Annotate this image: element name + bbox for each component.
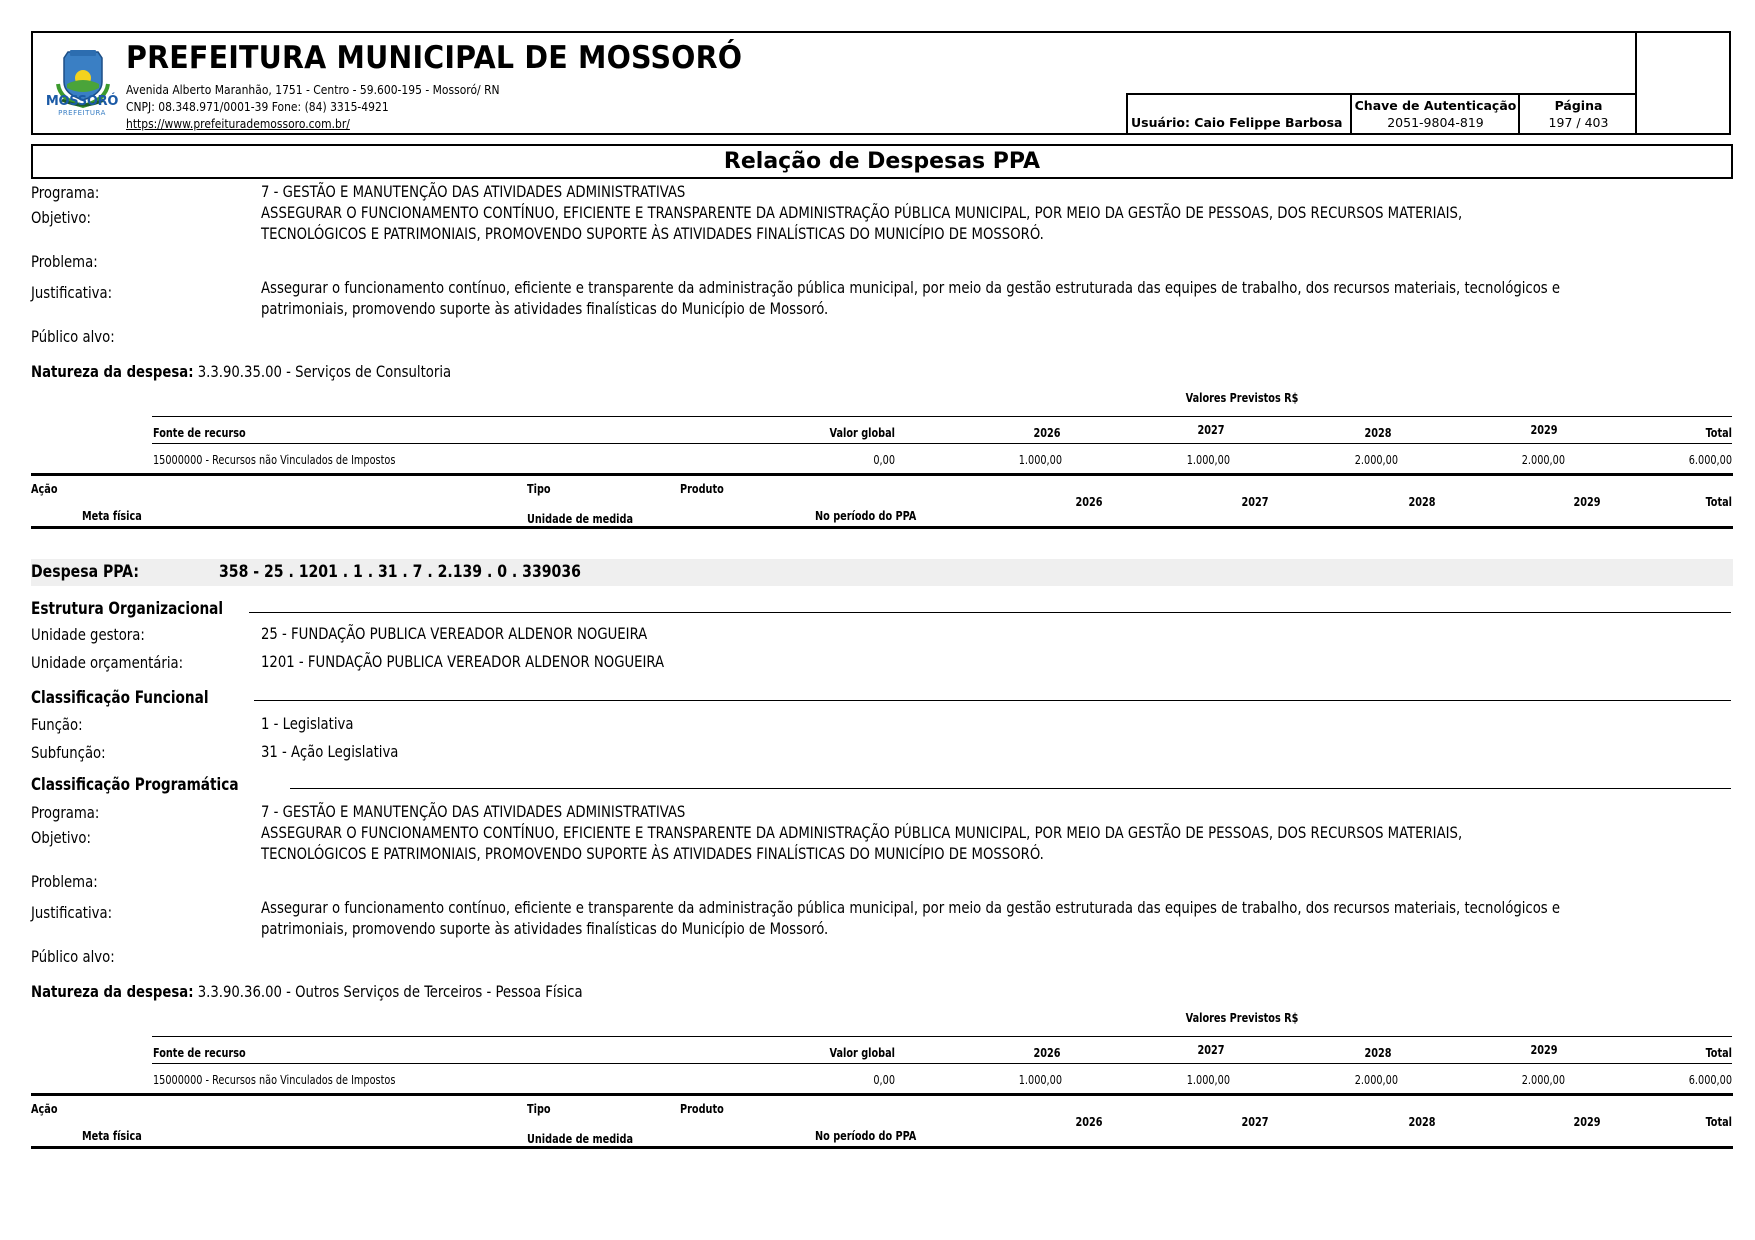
- org-name: PREFEITURA MUNICIPAL DE MOSSORÓ: [126, 40, 742, 76]
- col-fonte-recurso: Fonte de recurso: [153, 426, 246, 440]
- col-2026: 2026: [1002, 426, 1092, 440]
- subfuncao-value: 31 - Ação Legislativa: [261, 742, 1623, 762]
- funcao-value: 1 - Legislativa: [261, 714, 1623, 734]
- col-2028: 2028: [1333, 426, 1423, 440]
- justificativa-value-line2: patrimoniais, promovendo suporte às ativ…: [261, 919, 1623, 939]
- col-acao: Ação: [31, 1102, 58, 1116]
- logo-text: MOSSORÓ: [36, 94, 128, 109]
- section-estrutura-organizacional: Estrutura Organizacional: [31, 599, 223, 618]
- programa-label: Programa:: [31, 803, 99, 822]
- justificativa-value-line1: Assegurar o funcionamento contínuo, efic…: [261, 898, 1623, 918]
- meta-col-2027: 2027: [1210, 495, 1300, 509]
- col-total: Total: [1552, 1046, 1732, 1060]
- section-rule: [254, 700, 1731, 701]
- col-tipo: Tipo: [527, 482, 551, 496]
- valor-global: 0,00: [715, 453, 895, 467]
- section-classificacao-funcional: Classificação Funcional: [31, 688, 209, 707]
- value-2027: 1.000,00: [1050, 1073, 1230, 1087]
- col-meta-fisica: Meta física: [82, 509, 142, 523]
- problema-label: Problema:: [31, 252, 98, 271]
- valor-global: 0,00: [715, 1073, 895, 1087]
- objetivo-value-line1: ASSEGURAR O FUNCIONAMENTO CONTÍNUO, EFIC…: [261, 823, 1623, 843]
- table-rule: [152, 416, 1732, 417]
- page-cell: Página 197 / 403: [1518, 93, 1637, 135]
- table-rule: [31, 1093, 1733, 1096]
- natureza-value: 3.3.90.35.00 - Serviços de Consultoria: [198, 362, 451, 381]
- col-acao: Ação: [31, 482, 58, 496]
- programa-label: Programa:: [31, 183, 99, 202]
- meta-col-2026: 2026: [1044, 495, 1134, 509]
- natureza-despesa: Natureza da despesa: 3.3.90.36.00 - Outr…: [31, 982, 583, 1001]
- unidade-gestora-value: 25 - FUNDAÇÃO PUBLICA VEREADOR ALDENOR N…: [261, 624, 1623, 644]
- natureza-value: 3.3.90.36.00 - Outros Serviços de Tercei…: [198, 982, 583, 1001]
- despesa-ppa-value: 358 - 25 . 1201 . 1 . 31 . 7 . 2.139 . 0…: [219, 562, 581, 582]
- col-2027: 2027: [1166, 1043, 1256, 1057]
- col-2028: 2028: [1333, 1046, 1423, 1060]
- justificativa-label: Justificativa:: [31, 903, 112, 922]
- org-website-link[interactable]: https://www.prefeiturademossoro.com.br/: [126, 116, 350, 131]
- unidade-orcamentaria-value: 1201 - FUNDAÇÃO PUBLICA VEREADOR ALDENOR…: [261, 652, 1623, 672]
- table-rule: [152, 1063, 1732, 1064]
- publico-alvo-label: Público alvo:: [31, 327, 115, 346]
- col-produto: Produto: [680, 1102, 724, 1116]
- unidade-gestora-label: Unidade gestora:: [31, 625, 145, 644]
- objetivo-label: Objetivo:: [31, 208, 91, 227]
- meta-col-2026: 2026: [1044, 1115, 1134, 1129]
- publico-alvo-label: Público alvo:: [31, 947, 115, 966]
- subfuncao-label: Subfunção:: [31, 743, 106, 762]
- section-rule: [249, 612, 1731, 613]
- page-label: Página: [1520, 95, 1637, 113]
- user-cell: Usuário: Caio Felippe Barbosa: [1126, 93, 1351, 135]
- despesa-ppa-label: Despesa PPA:: [31, 562, 139, 582]
- col-valor-global: Valor global: [715, 1046, 895, 1060]
- value-2027: 1.000,00: [1050, 453, 1230, 467]
- user-label: Usuário: Caio Felippe Barbosa: [1131, 115, 1343, 130]
- objetivo-value-line2: TECNOLÓGICOS E PATRIMONIAIS, PROMOVENDO …: [261, 844, 1623, 864]
- meta-col-total: Total: [1552, 1115, 1732, 1129]
- valores-previstos-label: Valores Previstos R$: [1152, 1011, 1332, 1025]
- header-divider: [1635, 31, 1637, 135]
- report-title: Relação de Despesas PPA: [31, 144, 1733, 179]
- unidade-orcamentaria-label: Unidade orçamentária:: [31, 653, 183, 672]
- auth-key-label: Chave de Autenticação: [1352, 95, 1519, 113]
- table-rule: [31, 526, 1733, 529]
- objetivo-label: Objetivo:: [31, 828, 91, 847]
- logo-subtext: PREFEITURA: [36, 109, 128, 117]
- fonte-name: 15000000 - Recursos não Vinculados de Im…: [153, 453, 395, 467]
- col-no-periodo: No período do PPA: [815, 1129, 916, 1143]
- org-cnpj-phone: CNPJ: 08.348.971/0001-39 Fone: (84) 3315…: [126, 99, 389, 114]
- meta-col-2028: 2028: [1377, 495, 1467, 509]
- section-rule: [290, 788, 1731, 789]
- justificativa-label: Justificativa:: [31, 283, 112, 302]
- programa-value: 7 - GESTÃO E MANUTENÇÃO DAS ATIVIDADES A…: [261, 182, 1623, 202]
- funcao-label: Função:: [31, 715, 83, 734]
- programa-value: 7 - GESTÃO E MANUTENÇÃO DAS ATIVIDADES A…: [261, 802, 1623, 822]
- col-no-periodo: No período do PPA: [815, 509, 916, 523]
- value-total: 6.000,00: [1552, 453, 1732, 467]
- natureza-despesa: Natureza da despesa: 3.3.90.35.00 - Serv…: [31, 362, 451, 381]
- table-rule: [152, 443, 1732, 444]
- table-rule: [152, 1036, 1732, 1037]
- table-rule: [31, 1146, 1733, 1149]
- col-total: Total: [1552, 426, 1732, 440]
- natureza-label: Natureza da despesa:: [31, 362, 193, 381]
- col-2027: 2027: [1166, 423, 1256, 437]
- justificativa-value-line2: patrimoniais, promovendo suporte às ativ…: [261, 299, 1623, 319]
- auth-key-value: 2051-9804-819: [1352, 113, 1519, 130]
- value-total: 6.000,00: [1552, 1073, 1732, 1087]
- objetivo-value-line2: TECNOLÓGICOS E PATRIMONIAIS, PROMOVENDO …: [261, 224, 1623, 244]
- col-unidade-medida: Unidade de medida: [527, 1132, 633, 1146]
- meta-col-total: Total: [1552, 495, 1732, 509]
- value-2029: 2.000,00: [1385, 453, 1565, 467]
- value-2026: 1.000,00: [882, 1073, 1062, 1087]
- col-fonte-recurso: Fonte de recurso: [153, 1046, 246, 1060]
- fonte-name: 15000000 - Recursos não Vinculados de Im…: [153, 1073, 395, 1087]
- value-2028: 2.000,00: [1218, 453, 1398, 467]
- meta-col-2028: 2028: [1377, 1115, 1467, 1129]
- col-meta-fisica: Meta física: [82, 1129, 142, 1143]
- col-valor-global: Valor global: [715, 426, 895, 440]
- org-address: Avenida Alberto Maranhão, 1751 - Centro …: [126, 82, 500, 97]
- value-2029: 2.000,00: [1385, 1073, 1565, 1087]
- meta-col-2027: 2027: [1210, 1115, 1300, 1129]
- objetivo-value-line1: ASSEGURAR O FUNCIONAMENTO CONTÍNUO, EFIC…: [261, 203, 1623, 223]
- col-produto: Produto: [680, 482, 724, 496]
- table-rule: [31, 473, 1733, 476]
- section-classificacao-programatica: Classificação Programática: [31, 775, 239, 794]
- problema-label: Problema:: [31, 872, 98, 891]
- col-unidade-medida: Unidade de medida: [527, 512, 633, 526]
- value-2026: 1.000,00: [882, 453, 1062, 467]
- valores-previstos-label: Valores Previstos R$: [1152, 391, 1332, 405]
- natureza-label: Natureza da despesa:: [31, 982, 193, 1001]
- col-tipo: Tipo: [527, 1102, 551, 1116]
- justificativa-value-line1: Assegurar o funcionamento contínuo, efic…: [261, 278, 1623, 298]
- col-2026: 2026: [1002, 1046, 1092, 1060]
- auth-key-cell: Chave de Autenticação 2051-9804-819: [1350, 93, 1519, 135]
- value-2028: 2.000,00: [1218, 1073, 1398, 1087]
- page-value: 197 / 403: [1520, 113, 1637, 130]
